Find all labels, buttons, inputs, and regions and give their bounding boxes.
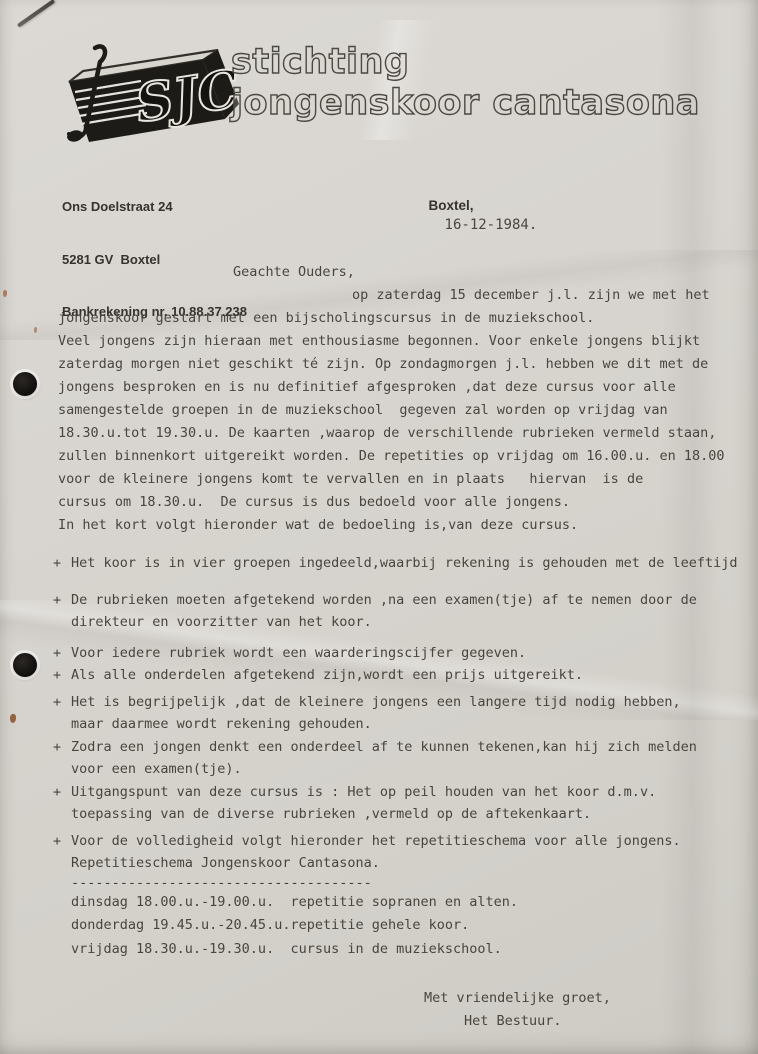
date-city-label: Boxtel, bbox=[429, 198, 474, 213]
paragraph-line: samengestelde groepen in de muziekschool… bbox=[58, 399, 750, 422]
org-name-line2: jongenskoor cantasona bbox=[231, 83, 700, 124]
bullet-line: Het is begrijpelijk ,dat de kleinere jon… bbox=[71, 691, 750, 714]
date-line: Boxtel, 16-12-1984. bbox=[390, 176, 537, 252]
sjc-choir-logo: SJC bbox=[55, 40, 245, 150]
opening-line: op zaterdag 15 december j.l. zijn we met… bbox=[58, 284, 750, 307]
bullet-line: Als alle onderdelen afgetekend zijn,word… bbox=[71, 664, 750, 687]
bullet-item: + Voor iedere rubriek wordt een waarderi… bbox=[58, 642, 750, 665]
closing-block: Met vriendelijke groet, Het Bestuur. bbox=[58, 987, 750, 1033]
bullet-list: + Het koor is in vier groepen ingedeeld,… bbox=[58, 552, 750, 961]
bullet-item: + Als alle onderdelen afgetekend zijn,wo… bbox=[58, 664, 750, 687]
closing-signature: Het Bestuur. bbox=[58, 1010, 750, 1033]
bullet-marker: + bbox=[53, 830, 61, 853]
paragraph-line: zullen binnenkort uitgereikt worden. De … bbox=[58, 445, 750, 468]
paragraph-line: jongenskoor gestart met een bijscholings… bbox=[58, 307, 750, 330]
bullet-marker: + bbox=[53, 736, 61, 759]
bullet-item: + Zodra een jongen denkt een onderdeel a… bbox=[58, 736, 750, 781]
bullet-line: De rubrieken moeten afgetekend worden ,n… bbox=[71, 589, 750, 612]
punch-hole-top bbox=[13, 372, 37, 396]
schedule-title: Repetitieschema Jongenskoor Cantasona. bbox=[71, 852, 750, 875]
paper-stain bbox=[10, 714, 16, 723]
bullet-line: Uitgangspunt van deze cursus is : Het op… bbox=[71, 781, 750, 804]
paragraph-line: jongens besproken en is nu definitief af… bbox=[58, 376, 750, 399]
schedule-row: vrijdag 18.30.u.-19.30.u. cursus in de m… bbox=[71, 938, 750, 962]
bullet-line: Voor de volledigheid volgt hieronder het… bbox=[71, 830, 750, 853]
closing-salutation: Met vriendelijke groet, bbox=[58, 987, 750, 1010]
paragraph-line: voor de kleinere jongens komt te vervall… bbox=[58, 468, 750, 491]
bullet-marker: + bbox=[53, 781, 61, 804]
bullet-marker: + bbox=[53, 589, 61, 612]
bullet-marker: + bbox=[53, 691, 61, 714]
bullet-line: toepassing van de diverse rubrieken ,ver… bbox=[71, 803, 750, 826]
scanned-letter-page: SJC stichting jongenskoor cantasona Ons … bbox=[0, 0, 758, 1054]
bullet-line: voor een examen(tje). bbox=[71, 758, 750, 781]
paragraph-line: 18.30.u.tot 19.30.u. De kaarten ,waarop … bbox=[58, 422, 750, 445]
paragraph-line: In het kort volgt hieronder wat de bedoe… bbox=[58, 514, 750, 537]
paper-stain bbox=[3, 290, 7, 297]
letter-body: Geachte Ouders, op zaterdag 15 december … bbox=[58, 261, 750, 1033]
organisation-name: stichting jongenskoor cantasona bbox=[231, 42, 700, 124]
staple-mark bbox=[17, 0, 55, 28]
bullet-item: + Voor de volledigheid volgt hieronder h… bbox=[58, 830, 750, 962]
date-value: 16-12-1984. bbox=[445, 217, 538, 233]
bullet-marker: + bbox=[53, 664, 61, 687]
schedule-row: dinsdag 18.00.u.-19.00.u. repetitie sopr… bbox=[71, 891, 750, 915]
bullet-line: maar daarmee wordt rekening gehouden. bbox=[71, 713, 750, 736]
bullet-marker: + bbox=[53, 552, 61, 575]
bullet-line: Zodra een jongen denkt een onderdeel af … bbox=[71, 736, 750, 759]
schedule-divider: ------------------------------------- bbox=[71, 875, 750, 891]
paragraph-line: Veel jongens zijn hieraan met enthousias… bbox=[58, 330, 750, 353]
paragraph-line: zaterdag morgen niet geschikt té zijn. O… bbox=[58, 353, 750, 376]
address-street: Ons Doelstraat 24 bbox=[62, 198, 247, 216]
bullet-line: direkteur en voorzitter van het koor. bbox=[71, 611, 750, 634]
salutation: Geachte Ouders, bbox=[58, 261, 750, 284]
bullet-item: + Uitgangspunt van deze cursus is : Het … bbox=[58, 781, 750, 826]
bullet-item: + Het koor is in vier groepen ingedeeld,… bbox=[58, 552, 750, 575]
punch-hole-bottom bbox=[13, 653, 37, 677]
paragraph-line: cursus om 18.30.u. De cursus is dus bedo… bbox=[58, 491, 750, 514]
bullet-item: + De rubrieken moeten afgetekend worden … bbox=[58, 589, 750, 634]
bullet-marker: + bbox=[53, 642, 61, 665]
schedule-row: donderdag 19.45.u.-20.45.u.repetitie geh… bbox=[71, 914, 750, 938]
paper-stain bbox=[34, 327, 37, 333]
bullet-line: Voor iedere rubriek wordt een waardering… bbox=[71, 642, 750, 665]
bullet-line: Het koor is in vier groepen ingedeeld,wa… bbox=[71, 552, 750, 575]
org-name-line1: stichting bbox=[231, 42, 700, 83]
bullet-item: + Het is begrijpelijk ,dat de kleinere j… bbox=[58, 691, 750, 736]
